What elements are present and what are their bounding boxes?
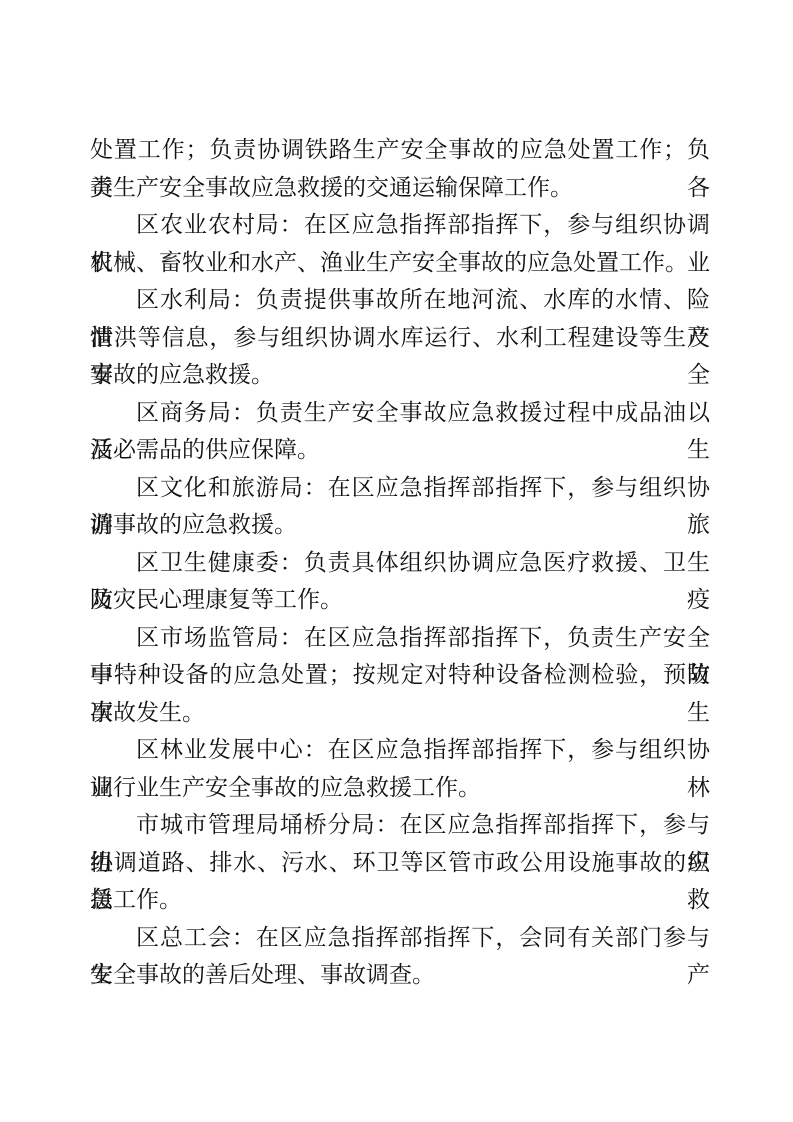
document-body: 处置工作；负责协调铁路生产安全事故的应急处置工作；负责各类生产安全事故应急救援的… (90, 131, 710, 994)
text-line: 区商务局：负责生产安全事故应急救援过程中成品油以及生 (90, 394, 710, 432)
text-line: 区林业发展中心：在区应急指挥部指挥下，参与组织协调林 (90, 731, 710, 769)
text-line: 区总工会：在区应急指挥部指挥下，会同有关部门参与生产 (90, 919, 710, 957)
text-line: 协调道路、排水、污水、环卫等区管市政公用设施事故的应急救 (90, 844, 710, 882)
document-page: 处置工作；负责协调铁路生产安全事故的应急处置工作；负责各类生产安全事故应急救援的… (0, 0, 793, 1122)
text-line: 中特种设备的应急处置；按规定对特种设备检测检验，预防次生 (90, 656, 710, 694)
text-line: 区卫生健康委：负责具体组织协调应急医疗救援、卫生防疫 (90, 544, 710, 582)
text-line: 机械、畜牧业和水产、渔业生产安全事故的应急处置工作。 (90, 244, 710, 282)
text-line: 处置工作；负责协调铁路生产安全事故的应急处置工作；负责各 (90, 131, 710, 169)
text-line: 区农业农村局：在区应急指挥部指挥下，参与组织协调农业 (90, 206, 710, 244)
text-line: 市城市管理局埇桥分局：在区应急指挥部指挥下，参与组织 (90, 806, 710, 844)
text-line: 区水利局：负责提供事故所在地河流、水库的水情、险情及 (90, 281, 710, 319)
text-line: 区市场监管局：在区应急指挥部指挥下，负责生产安全事故 (90, 619, 710, 657)
text-line: 泄洪等信息，参与组织协调水库运行、水利工程建设等生产安全 (90, 319, 710, 357)
text-line: 区文化和旅游局：在区应急指挥部指挥下，参与组织协调旅 (90, 469, 710, 507)
